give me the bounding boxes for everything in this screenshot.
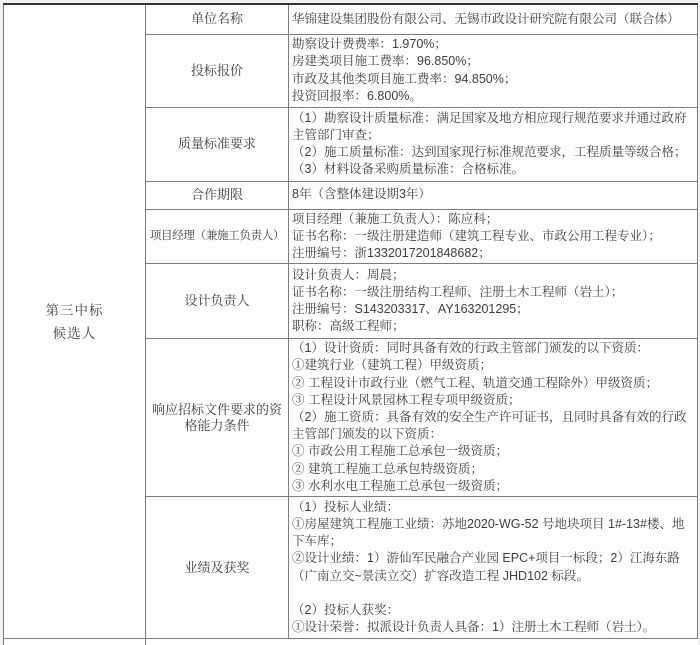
cooperation-period-value: 8年（含整体建设期3年） [289, 181, 698, 209]
paragraph: （2）施工资质：具备有效的安全生产许可证书，且同时具备有效的行政主管部门颁发的以… [292, 409, 694, 443]
paragraph: （1）勘察设计质量标准：满足国家及地方相应现行规范要求并通过政府主管部门审查； [292, 110, 694, 144]
paragraph: ①房屋建筑工程施工业绩：苏地2020-WG-52 号地块项目 1#-13#楼、地… [292, 516, 694, 550]
cropped-cell-left [4, 639, 146, 645]
performance-awards-label: 业绩及获奖 [146, 497, 289, 639]
document-page: 第三中标 候选人 单位名称 华锦建设集团股份有限公司、无锡市政设计研究院有限公司… [0, 0, 700, 645]
bid-price-value: 勘察设计费费率：1.970%；房建类项目施工费率：96.850%；市政及其他类项… [289, 34, 698, 107]
paragraph [292, 585, 694, 602]
performance-awards-value: （1）投标人业绩：①房屋建筑工程施工业绩：苏地2020-WG-52 号地块项目 … [289, 497, 698, 639]
paragraph: 市政及其他类项目施工费率：94.850%； [292, 71, 694, 88]
unit-name-label: 单位名称 [146, 4, 289, 34]
paragraph: 注册编号：浙1332017201848682； [292, 245, 694, 262]
quality-standard-value: （1）勘察设计质量标准：满足国家及地方相应现行规范要求并通过政府主管部门审查；（… [289, 107, 698, 181]
paragraph: 华锦建设集团股份有限公司、无锡市政设计研究院有限公司（联合体） [292, 11, 694, 28]
paragraph: ①设计荣誉：拟派设计负责人具备：1）注册土木工程师（岩土）。 [292, 619, 694, 636]
paragraph: 投资回报率：6.800%。 [292, 88, 694, 105]
bid-candidate-table: 第三中标 候选人 单位名称 华锦建设集团股份有限公司、无锡市政设计研究院有限公司… [3, 3, 698, 645]
paragraph: 证书名称：一级注册建造师（建筑工程专业、市政公用工程专业）； [292, 228, 694, 245]
paragraph: ②设计业绩：1）游仙军民融合产业园 EPC+项目一标段；2）江海东路（广南立交~… [292, 550, 694, 584]
paragraph: ② 建筑工程施工总承包特级资质； [292, 461, 694, 478]
unit-name-value: 华锦建设集团股份有限公司、无锡市政设计研究院有限公司（联合体） [289, 4, 698, 34]
paragraph: ③ 工程设计风景园林工程专项甲级资质； [292, 392, 694, 409]
candidate-header-cell: 第三中标 候选人 [4, 4, 146, 639]
paragraph: （1）设计资质：同时具备有效的行政主管部门颁发的以下资质： [292, 340, 694, 357]
paragraph: 注册编号：S143203317、AY163201295； [292, 301, 694, 318]
row-cropped-continuation [4, 639, 698, 645]
paragraph: （2）施工质量标准：达到国家现行标准规范要求，工程质量等级合格； [292, 144, 694, 161]
project-manager-value: 项目经理（兼施工负责人）：陈应科；证书名称：一级注册建造师（建筑工程专业、市政公… [289, 209, 698, 264]
paragraph: 房建类项目施工费率：96.850%； [292, 53, 694, 70]
paragraph: 设计负责人：周晨； [292, 267, 694, 284]
cooperation-period-label: 合作期限 [146, 181, 289, 209]
qualification-label: 响应招标文件要求的资格能力条件 [146, 339, 289, 497]
cropped-cell-right [289, 639, 698, 645]
paragraph: ③ 水利水电工程施工总承包一级资质； [292, 478, 694, 495]
row-unit-name: 第三中标 候选人 单位名称 华锦建设集团股份有限公司、无锡市政设计研究院有限公司… [4, 4, 698, 34]
design-lead-value: 设计负责人：周晨；证书名称：一级注册结构工程师、注册土木工程师（岩土）；注册编号… [289, 264, 698, 339]
paragraph: ① 市政公用工程施工总承包一级资质； [292, 443, 694, 460]
paragraph: （1）投标人业绩： [292, 499, 694, 516]
paragraph: （3）材料设备采购质量标准：合格标准。 [292, 161, 694, 178]
cropped-cell-middle [146, 639, 289, 645]
bid-price-label: 投标报价 [146, 34, 289, 107]
candidate-title-line1: 第三中标 [5, 299, 144, 322]
qualification-value: （1）设计资质：同时具备有效的行政主管部门颁发的以下资质：①建筑行业（建筑工程）… [289, 339, 698, 497]
paragraph: ①建筑行业（建筑工程）甲级资质； [292, 357, 694, 374]
paragraph: 8年（含整体建设期3年） [292, 186, 694, 203]
paragraph: 证书名称：一级注册结构工程师、注册土木工程师（岩土）； [292, 284, 694, 301]
candidate-title-line2: 候选人 [5, 322, 144, 345]
paragraph: ② 工程设计市政行业（燃气工程、轨道交通工程除外）甲级资质； [292, 375, 694, 392]
paragraph: （2）投标人获奖： [292, 602, 694, 619]
quality-standard-label: 质量标准要求 [146, 107, 289, 181]
design-lead-label: 设计负责人 [146, 264, 289, 339]
project-manager-label: 项目经理（兼施工负责人） [146, 209, 289, 264]
paragraph: 职称：高级工程师； [292, 318, 694, 335]
paragraph: 勘察设计费费率：1.970%； [292, 36, 694, 53]
paragraph: 项目经理（兼施工负责人）：陈应科； [292, 211, 694, 228]
